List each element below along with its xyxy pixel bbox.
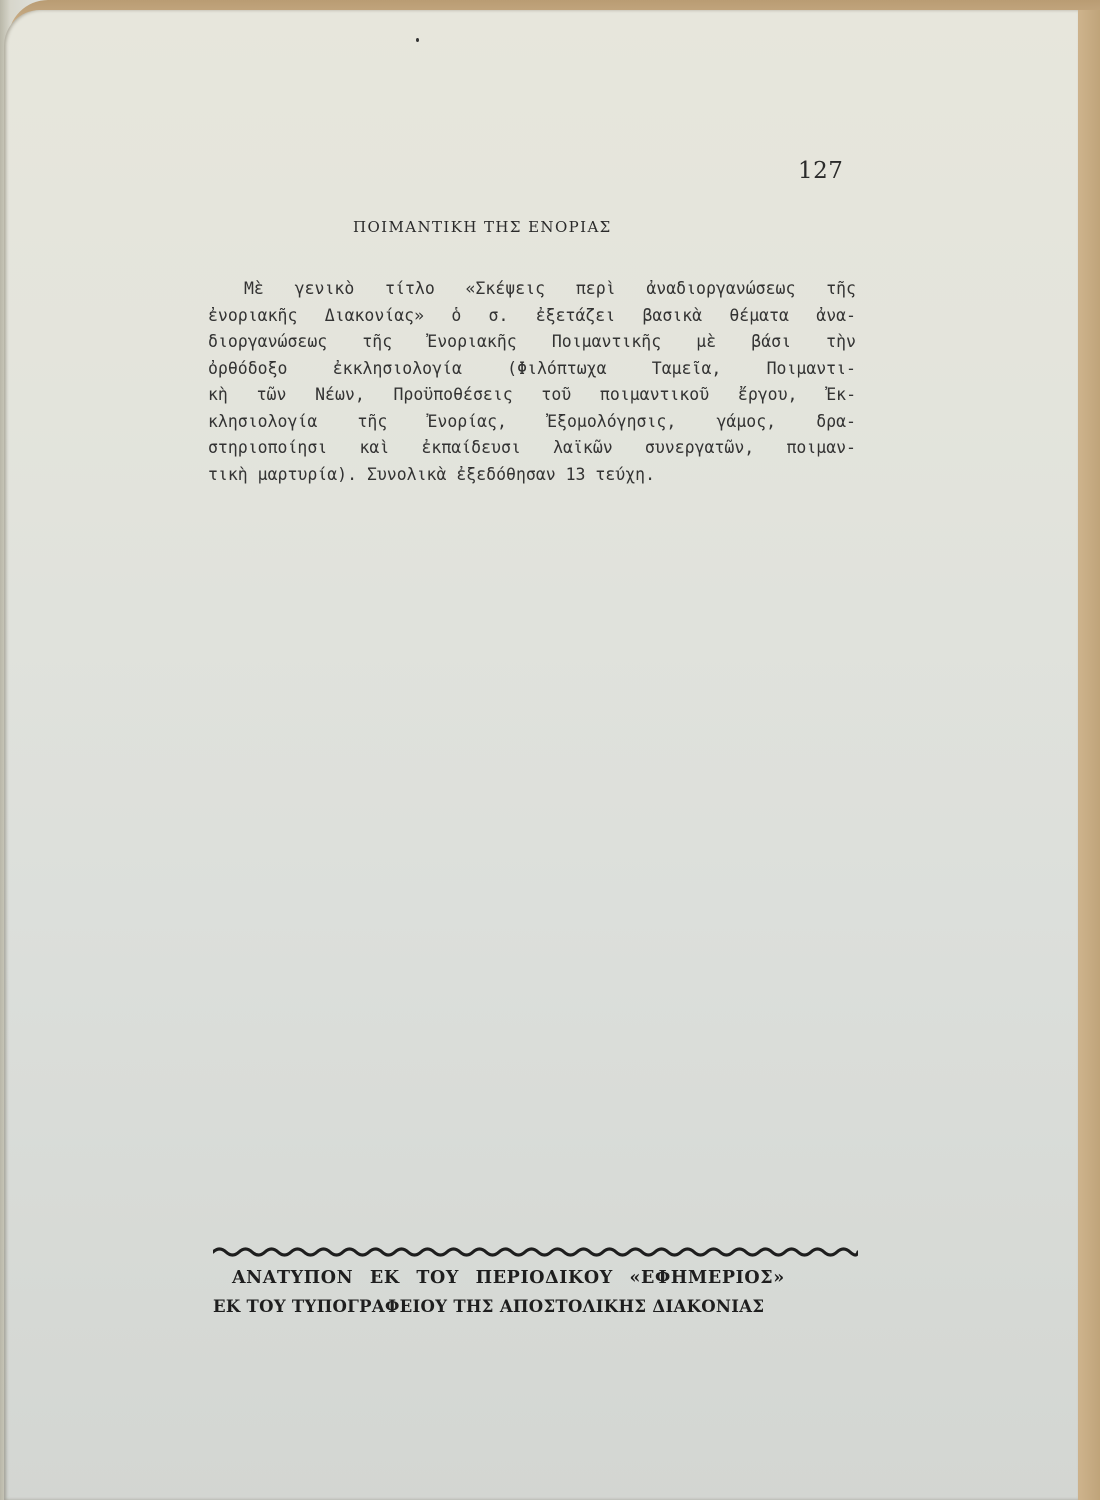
- paragraph-line: τικὴ μαρτυρία). Συνολικὰ ἐξεδόθησαν 13 τ…: [208, 462, 856, 489]
- page-number: 127: [798, 158, 843, 184]
- imprint-reprint-line: ΑΝΑΤΥΠΟΝ ΕΚ ΤΟΥ ΠΕΡΙΟΔΙΚΟΥ «ΕΦΗΜΕΡΙΟΣ»: [232, 1268, 852, 1288]
- paragraph-line: κὴ τῶν Νέων, Προϋποθέσεις τοῦ ποιμαντικο…: [208, 382, 856, 409]
- paragraph-line: κλησιολογία τῆς Ἐνορίας, Ἐξομολόγησις, γ…: [208, 409, 856, 436]
- imprint-printer-line: ΕΚ ΤΟΥ ΤΥΠΟΓΡΑΦΕΙΟΥ ΤΗΣ ΑΠΟΣΤΟΛΙΚΗΣ ΔΙΑΚ…: [213, 1297, 861, 1316]
- paragraph-line: ἐνοριακῆς Διακονίας» ὁ σ. ἐξετάζει βασικ…: [208, 303, 856, 330]
- paragraph-line: Μὲ γενικὸ τίτλο «Σκέψεις περὶ ἀναδιοργαν…: [208, 276, 856, 303]
- paper-speck: [416, 38, 419, 42]
- paragraph-line: διοργανώσεως τῆς Ἐνοριακῆς Ποιμαντικῆς μ…: [208, 329, 856, 356]
- paragraph-line: ὀρθόδοξο ἐκκλησιολογία (Φιλόπτωχα Ταμεῖα…: [208, 356, 856, 383]
- wavy-rule-ornament: [213, 1245, 858, 1259]
- paragraph-line: στηριοποίησι καὶ ἐκπαίδευσι λαϊκῶν συνερ…: [208, 435, 856, 462]
- paragraph: Μὲ γενικὸ τίτλο «Σκέψεις περὶ ἀναδιοργαν…: [208, 276, 856, 488]
- section-title: ΠΟΙΜΑΝΤΙΚΗ ΤΗΣ ΕΝΟΡΙΑΣ: [353, 218, 612, 236]
